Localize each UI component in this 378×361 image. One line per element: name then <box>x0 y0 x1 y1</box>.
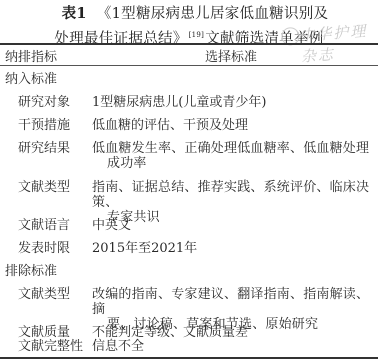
row-value: 低血糖发生率、正确处理低血糖率、低血糖处理 成功率 <box>92 141 374 171</box>
row-key: 研究结果 <box>18 141 70 156</box>
table-title-part-1: 《1型糖尿病患儿居家低血糖识别及 <box>97 6 329 22</box>
row-key: 文献质量 <box>18 325 70 340</box>
row-value-continuation: 成功率 <box>92 156 374 171</box>
row-value: 信息不全 <box>92 339 374 354</box>
row-key: 研究对象 <box>18 95 70 110</box>
row-value-line: 低血糖发生率、正确处理低血糖率、低血糖处理 <box>92 141 369 156</box>
row-key: 文献类型 <box>18 287 70 302</box>
section-title: 纳入标准 <box>5 72 57 87</box>
table-title-part-2: 处理最佳证据总结》 <box>54 31 187 47</box>
row-key: 文献类型 <box>18 180 70 195</box>
row-value: 1型糖尿病患儿(儿童或青少年) <box>92 95 374 110</box>
header-criteria: 纳排指标 <box>5 50 57 65</box>
row-value-line: 指南、证据总结、推荐实践、系统评价、临床决策、 <box>92 180 369 210</box>
row-value-line: 改编的指南、专家建议、翻译指南、指南解读、摘 <box>92 287 369 317</box>
row-key: 干预措施 <box>18 118 70 133</box>
row-key: 发表时限 <box>18 241 70 256</box>
row-value: 2015年至2021年 <box>92 241 374 256</box>
row-value: 不能判定等级、文献质量差 <box>92 325 374 340</box>
row-value: 中英文 <box>92 218 374 233</box>
row-value: 低血糖的评估、干预及处理 <box>92 118 374 133</box>
row-key: 文献语言 <box>18 218 70 233</box>
table-label: 表1 <box>62 5 87 22</box>
table-bottom-rule <box>0 357 378 359</box>
table-top-rule <box>0 43 378 45</box>
table-header-rule <box>0 65 378 66</box>
section-title: 排除标准 <box>5 264 57 279</box>
row-key: 文献完整性 <box>18 339 83 354</box>
table-caption-line-1: 表1《1型糖尿病患儿居家低血糖识别及 <box>6 4 378 24</box>
header-selection-standard: 选择标准 <box>205 50 257 65</box>
citation-reference: [19] <box>189 31 205 39</box>
